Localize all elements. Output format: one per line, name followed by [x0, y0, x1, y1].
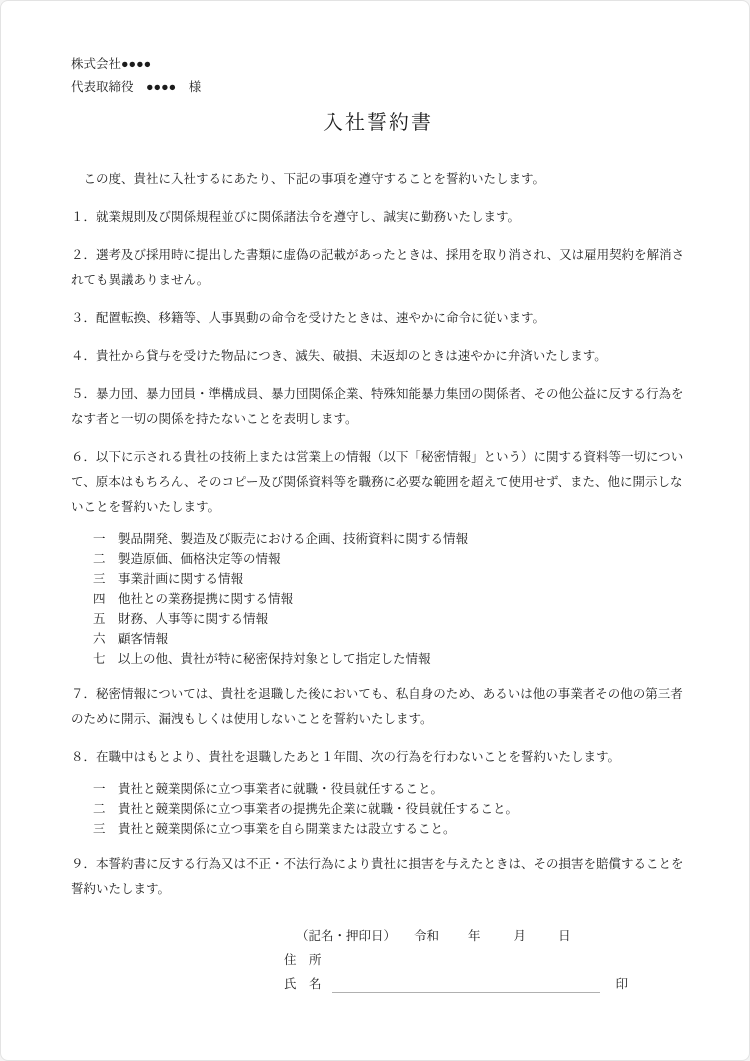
- clause-2: ２．選考及び採用時に提出した書類に虚偽の記載があったときは、採用を取り消され、又…: [71, 243, 685, 293]
- clause-3: ３．配置転換、移籍等、人事異動の命令を受けたときは、速やかに命令に従います。: [71, 306, 685, 331]
- secret-info-item-2: 二 製造原価、価格決定等の情報: [93, 549, 685, 569]
- clause-1: １．就業規則及び関係規程並びに関係諸法令を遵守し、誠実に勤務いたします。: [71, 205, 685, 230]
- document-title: 入社誓約書: [71, 109, 685, 137]
- seal-label: 印: [616, 973, 629, 996]
- secret-info-item-4: 四 他社との業務提携に関する情報: [93, 589, 685, 609]
- era-label: 令和: [414, 929, 439, 943]
- non-compete-list: 一 貴社と競業関係に立つ事業者に就職・役員就任すること。 二 貴社と競業関係に立…: [93, 779, 685, 839]
- address-row: 住 所: [284, 949, 685, 972]
- name-label: 氏 名: [284, 973, 322, 996]
- date-label: （記名・押印日）: [296, 929, 396, 943]
- secret-info-item-6: 六 顧客情報: [93, 629, 685, 649]
- clause-9: ９．本誓約書に反する行為又は不正・不法行為により貴社に損害を与えたときは、その損…: [71, 852, 685, 902]
- signature-line: [332, 976, 600, 993]
- secret-info-item-3: 三 事業計画に関する情報: [93, 569, 685, 589]
- secret-info-list: 一 製品開発、製造及び販売における企画、技術資料に関する情報 二 製造原価、価格…: [93, 529, 685, 669]
- date-row: （記名・押印日）令和年月日: [296, 925, 685, 948]
- name-row: 氏 名 印: [284, 973, 685, 996]
- month-label: 月: [514, 929, 527, 943]
- non-compete-item-1: 一 貴社と競業関係に立つ事業者に就職・役員就任すること。: [93, 779, 685, 799]
- clause-5: ５．暴力団、暴力団員・準構成員、暴力団関係企業、特殊知能暴力集団の関係者、その他…: [71, 382, 685, 432]
- secret-info-item-5: 五 財務、人事等に関する情報: [93, 609, 685, 629]
- non-compete-item-3: 三 貴社と競業関係に立つ事業を自ら開業または設立すること。: [93, 819, 685, 839]
- day-label: 日: [558, 929, 571, 943]
- address-label: 住 所: [284, 953, 322, 967]
- signature-block: （記名・押印日）令和年月日 住 所 氏 名 印: [71, 925, 685, 996]
- intro-paragraph: この度、貴社に入社するにあたり、下記の事項を遵守することを誓約いたします。: [71, 167, 685, 192]
- year-label: 年: [468, 929, 481, 943]
- recipient-person: 代表取締役 ●●●● 様: [71, 76, 685, 99]
- clause-7: ７．秘密情報については、貴社を退職した後においても、私自身のため、あるいは他の事…: [71, 682, 685, 732]
- document-page: 株式会社●●●● 代表取締役 ●●●● 様 入社誓約書 この度、貴社に入社するに…: [0, 0, 750, 1061]
- clause-4: ４．貴社から貸与を受けた物品につき、滅失、破損、未返却のときは速やかに弁済いたし…: [71, 344, 685, 369]
- recipient-block: 株式会社●●●● 代表取締役 ●●●● 様: [71, 53, 685, 99]
- non-compete-item-2: 二 貴社と競業関係に立つ事業者の提携先企業に就職・役員就任すること。: [93, 799, 685, 819]
- clause-6: ６．以下に示される貴社の技術上または営業上の情報（以下「秘密情報」という）に関す…: [71, 445, 685, 520]
- clause-8: ８．在職中はもとより、貴社を退職したあと１年間、次の行為を行わないことを誓約いた…: [71, 745, 685, 770]
- recipient-company: 株式会社●●●●: [71, 53, 685, 76]
- secret-info-item-1: 一 製品開発、製造及び販売における企画、技術資料に関する情報: [93, 529, 685, 549]
- secret-info-item-7: 七 以上の他、貴社が特に秘密保持対象として指定した情報: [93, 649, 685, 669]
